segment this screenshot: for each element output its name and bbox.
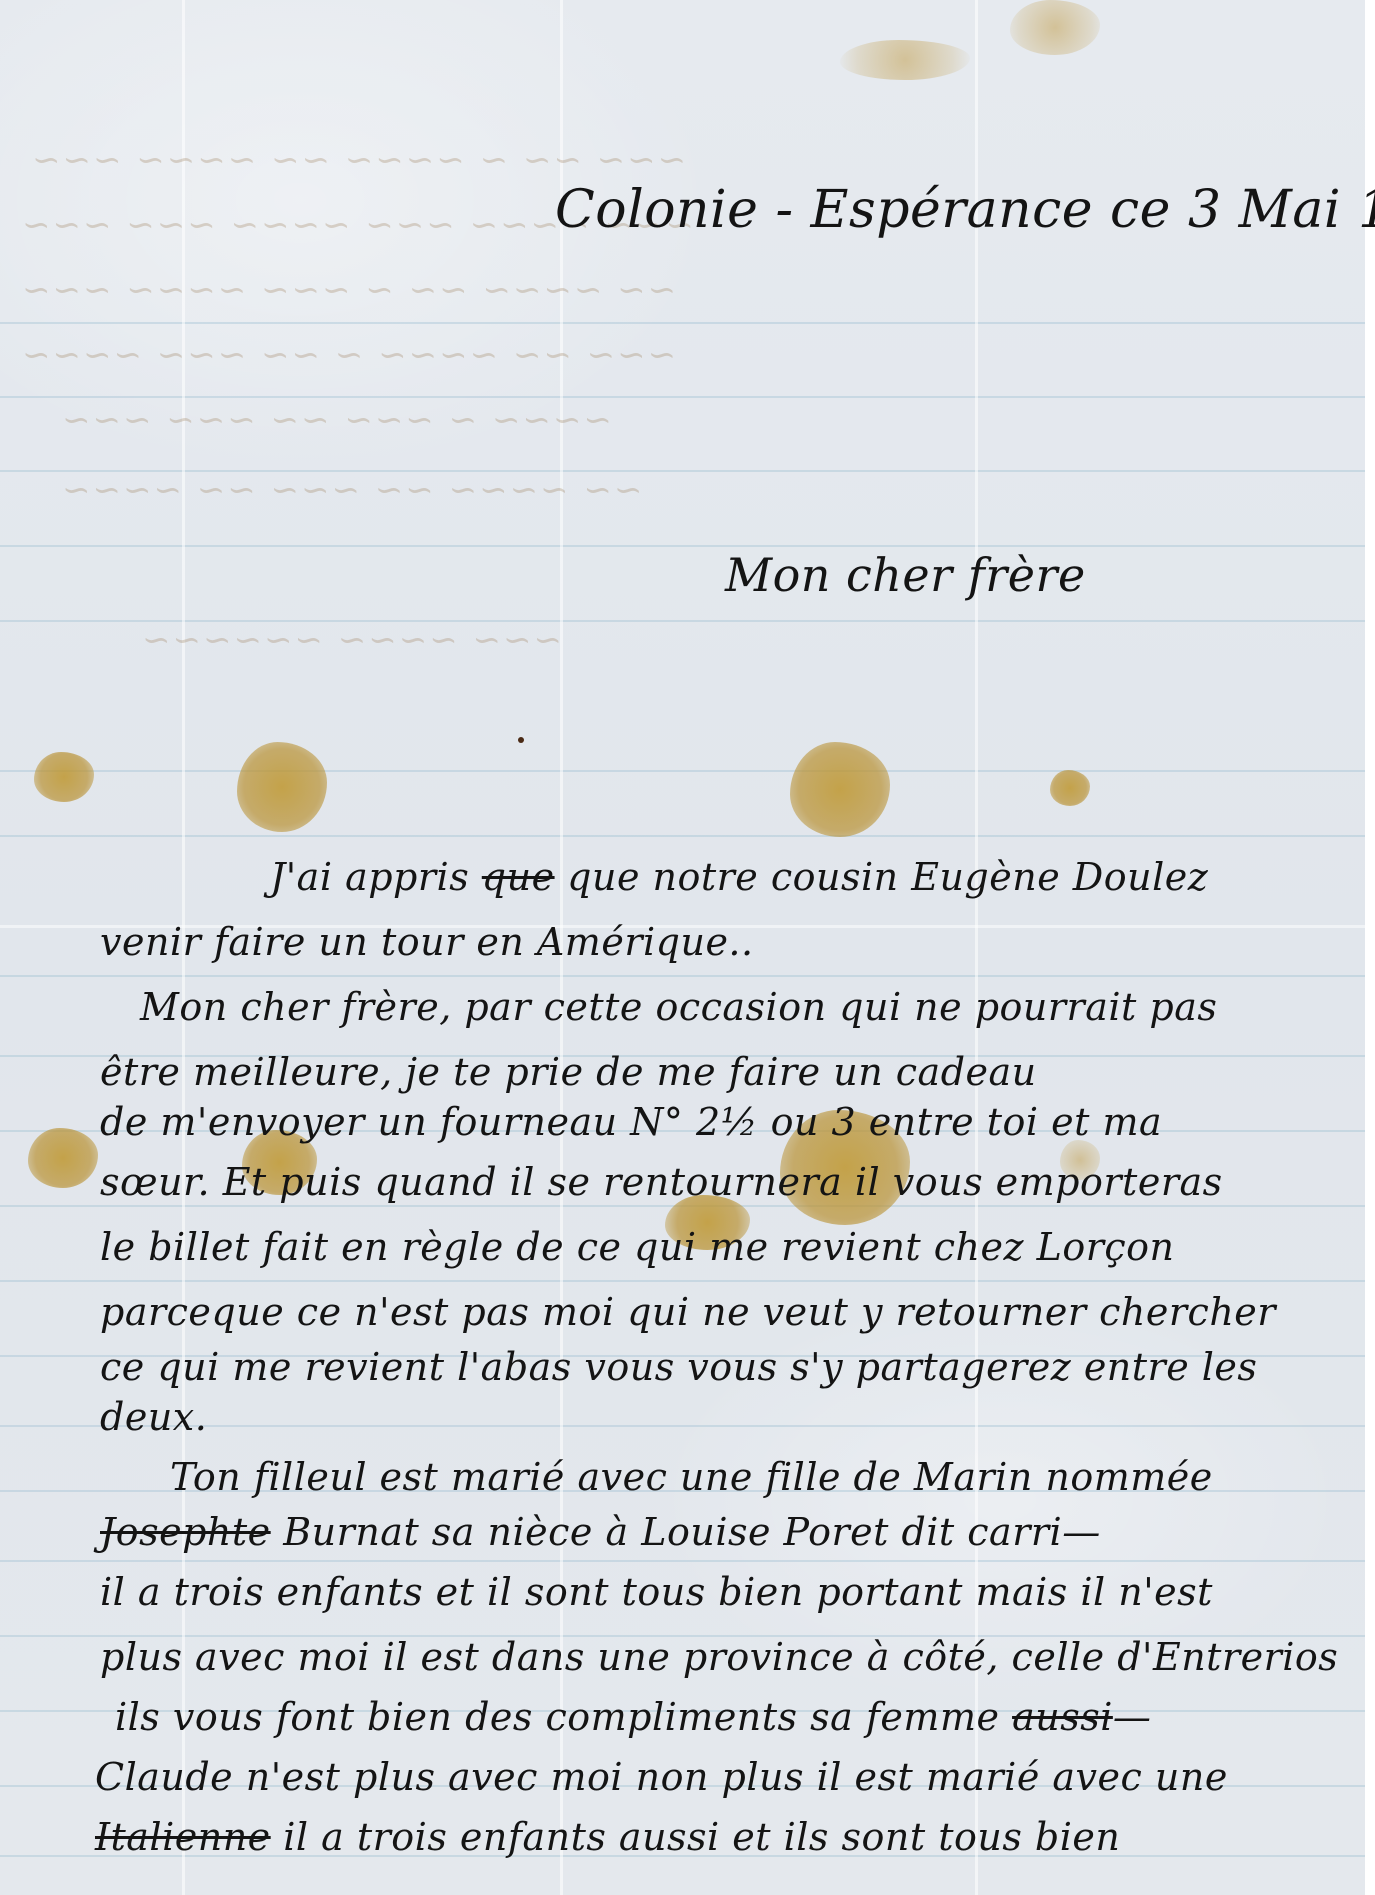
letter-line: Mon cher frère, par cette occasion qui n… bbox=[140, 985, 1217, 1029]
struck-word: aussi bbox=[1012, 1695, 1113, 1739]
letter-line: venir faire un tour en Amérique.. bbox=[100, 920, 754, 964]
bleed-through-text: ~~ ~~~~ ~~ ~ ~~~ ~~~~ ~~~ bbox=[20, 270, 676, 310]
bleed-through-text: ~~~ ~~ ~~~~ ~ ~~ ~~~ ~~~~ bbox=[20, 335, 676, 375]
ruled-line bbox=[0, 770, 1365, 772]
stain bbox=[28, 1128, 98, 1188]
ruled-line bbox=[0, 322, 1365, 324]
letter-line: Ton filleul est marié avec une fille de … bbox=[170, 1455, 1213, 1499]
letter-page: ~~~ ~~ ~ ~~~~ ~~ ~~~~ ~~~ ~~~ ~~~~ ~~~ ~… bbox=[0, 0, 1365, 1895]
stain bbox=[1050, 770, 1090, 806]
ruled-line bbox=[0, 1280, 1365, 1282]
letter-line: il a trois enfants et il sont tous bien … bbox=[100, 1570, 1213, 1614]
bleed-through-text: ~~ ~~~~ ~~ ~~~ ~~ ~~~~ bbox=[60, 470, 642, 510]
letter-line: plus avec moi il est dans une province à… bbox=[100, 1635, 1338, 1679]
letter-line: de m'envoyer un fourneau N° 2½ ou 3 entr… bbox=[100, 1100, 1162, 1144]
ruled-line bbox=[0, 545, 1365, 547]
letter-line: Italienne il a trois enfants aussi et il… bbox=[95, 1815, 1120, 1859]
struck-word: Italienne bbox=[95, 1815, 271, 1859]
salutation: Mon cher frère bbox=[725, 548, 1086, 602]
ruled-line bbox=[0, 1560, 1365, 1562]
ruled-line bbox=[0, 835, 1365, 837]
letter-line: Josephte Burnat sa nièce à Louise Poret … bbox=[100, 1510, 1101, 1554]
letter-line: J'ai appris que que notre cousin Eugène … bbox=[270, 855, 1208, 899]
letter-line: sœur. Et puis quand il se rentournera il… bbox=[100, 1160, 1223, 1204]
stain bbox=[1010, 0, 1100, 55]
ruled-line bbox=[0, 975, 1365, 977]
letter-line: deux. bbox=[100, 1395, 207, 1439]
bleed-through-text: ~~~ ~~~~ ~~~~~~ bbox=[140, 620, 562, 660]
letter-line: ce qui me revient l'abas vous vous s'y p… bbox=[100, 1345, 1257, 1389]
letter-line: le billet fait en règle de ce qui me rev… bbox=[100, 1225, 1175, 1269]
stain bbox=[790, 742, 890, 837]
struck-word: que bbox=[482, 855, 555, 899]
ruled-line bbox=[0, 396, 1365, 398]
bleed-through-text: ~~~ ~~ ~ ~~~~ ~~ ~~~~ ~~~ bbox=[30, 140, 686, 180]
ink-speck bbox=[518, 737, 524, 743]
letter-line: Claude n'est plus avec moi non plus il e… bbox=[95, 1755, 1228, 1799]
letter-line: être meilleure, je te prie de me faire u… bbox=[100, 1050, 1037, 1094]
stain bbox=[840, 40, 970, 80]
bleed-through-text: ~~~~ ~ ~~~ ~~ ~~~ ~~~ bbox=[60, 400, 612, 440]
letter-line: ils vous font bien des compliments sa fe… bbox=[115, 1695, 1151, 1739]
place-date-heading: Colonie - Espérance ce 3 Mai 1874 bbox=[555, 180, 1375, 240]
letter-line: parceque ce n'est pas moi qui ne veut y … bbox=[100, 1290, 1276, 1334]
stain bbox=[237, 742, 327, 832]
struck-word: Josephte bbox=[100, 1510, 271, 1554]
stain bbox=[34, 752, 94, 802]
